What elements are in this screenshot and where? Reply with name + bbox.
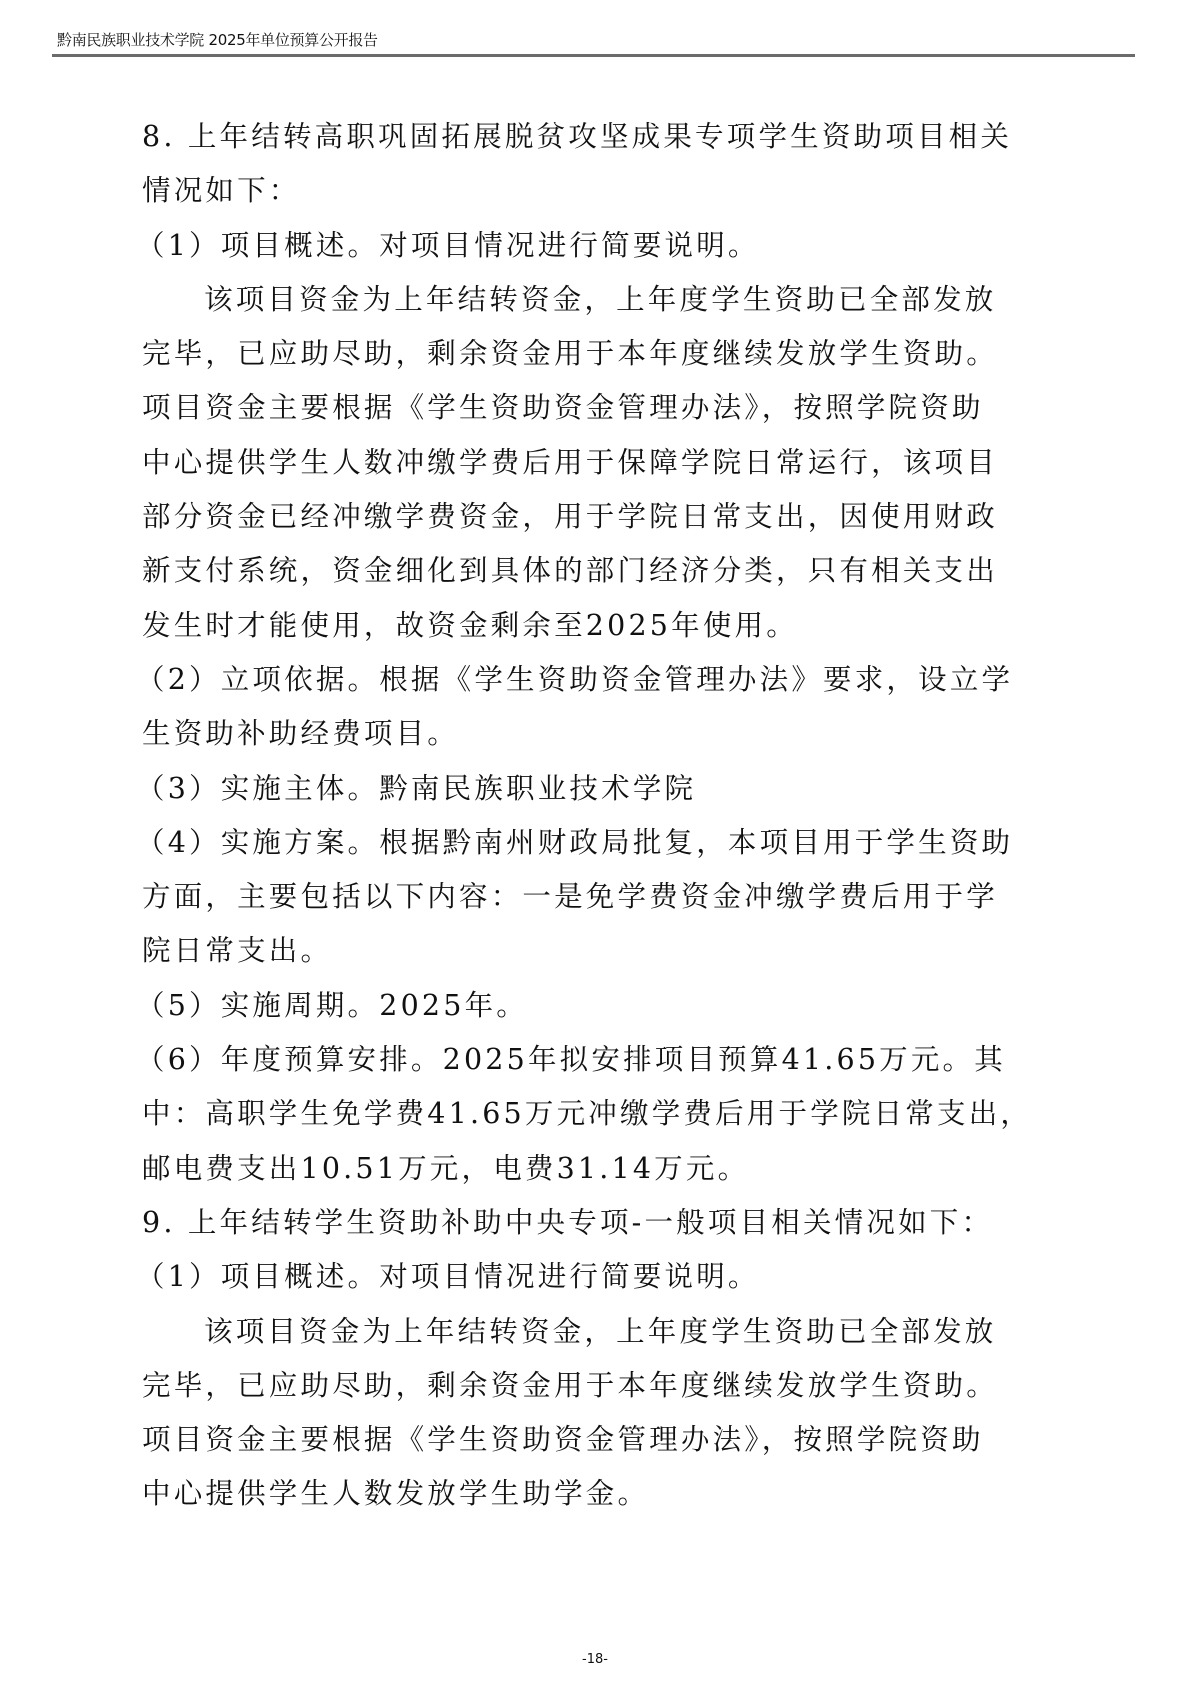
page-header: 黔南民族职业技术学院 2025年单位预算公开报告 <box>52 30 1135 57</box>
section-8-heading-line-1: 8. 上年结转高职巩固拓展脱贫攻坚成果专项学生资助项目相关 <box>142 110 1042 164</box>
paragraph-line: 院日常支出。 <box>142 924 1042 978</box>
paragraph-line: 生资助补助经费项目。 <box>142 707 1042 761</box>
paragraph-line: 部分资金已经冲缴学费资金，用于学院日常支出，因使用财政 <box>142 490 1042 544</box>
paragraph-line: 项目资金主要根据《学生资助资金管理办法》，按照学院资助 <box>142 381 1042 435</box>
paragraph-line: 该项目资金为上年结转资金，上年度学生资助已全部发放 <box>142 1305 1042 1359</box>
section-8-item-5-period: （5）实施周期。2025年。 <box>136 979 1042 1033</box>
paragraph-line: 中心提供学生人数冲缴学费后用于保障学院日常运行，该项目 <box>142 436 1042 490</box>
paragraph-line: 完毕，已应助尽助，剩余资金用于本年度继续发放学生资助。 <box>142 327 1042 381</box>
header-divider <box>52 54 1135 57</box>
paragraph-line: 完毕，已应助尽助，剩余资金用于本年度继续发放学生资助。 <box>142 1359 1042 1413</box>
paragraph-line: 该项目资金为上年结转资金，上年度学生资助已全部发放 <box>142 273 1042 327</box>
section-8-item-2-basis: （2）立项依据。根据《学生资助资金管理办法》要求，设立学 <box>136 653 1042 707</box>
section-8-item-3-entity: （3）实施主体。黔南民族职业技术学院 <box>136 762 1042 816</box>
section-8-item-1-title: （1）项目概述。对项目情况进行简要说明。 <box>136 219 1042 273</box>
paragraph-line: 中心提供学生人数发放学生助学金。 <box>142 1467 1042 1521</box>
section-9-heading: 9. 上年结转学生资助补助中央专项-一般项目相关情况如下： <box>142 1196 1042 1250</box>
paragraph-line: 邮电费支出10.51万元，电费31.14万元。 <box>142 1142 1042 1196</box>
header-title: 黔南民族职业技术学院 2025年单位预算公开报告 <box>52 30 1135 54</box>
paragraph-line: 中：高职学生免学费41.65万元冲缴学费后用于学院日常支出， <box>142 1087 1042 1141</box>
section-8-heading-line-2: 情况如下： <box>142 164 1042 218</box>
paragraph-line: 方面，主要包括以下内容：一是免学费资金冲缴学费后用于学 <box>142 870 1042 924</box>
paragraph-line: 项目资金主要根据《学生资助资金管理办法》，按照学院资助 <box>142 1413 1042 1467</box>
section-8-item-4-plan: （4）实施方案。根据黔南州财政局批复，本项目用于学生资助 <box>136 816 1042 870</box>
paragraph-line: 发生时才能使用，故资金剩余至2025年使用。 <box>142 599 1042 653</box>
section-9-item-1-title: （1）项目概述。对项目情况进行简要说明。 <box>136 1250 1042 1304</box>
page-number: -18- <box>0 1652 1190 1667</box>
section-8-item-6-budget: （6）年度预算安排。2025年拟安排项目预算41.65万元。其 <box>136 1033 1042 1087</box>
paragraph-line: 新支付系统，资金细化到具体的部门经济分类，只有相关支出 <box>142 544 1042 598</box>
document-body: 8. 上年结转高职巩固拓展脱贫攻坚成果专项学生资助项目相关 情况如下： （1）项… <box>142 110 1042 1522</box>
